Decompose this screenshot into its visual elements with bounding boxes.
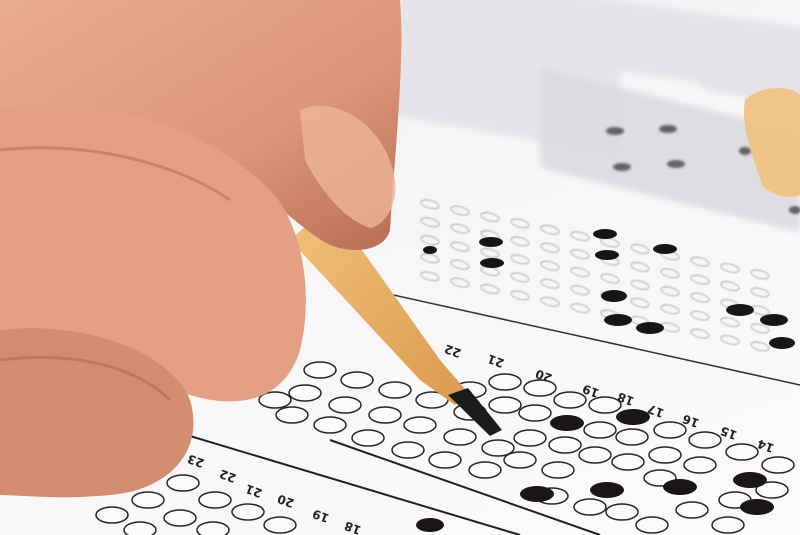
photo-scene: 22 21 20 19 18 17 16 15 14 23 22 21 20 1… (0, 0, 800, 535)
hand (0, 0, 800, 535)
pencil-shavings (744, 88, 800, 197)
pencil-lead (448, 388, 502, 436)
